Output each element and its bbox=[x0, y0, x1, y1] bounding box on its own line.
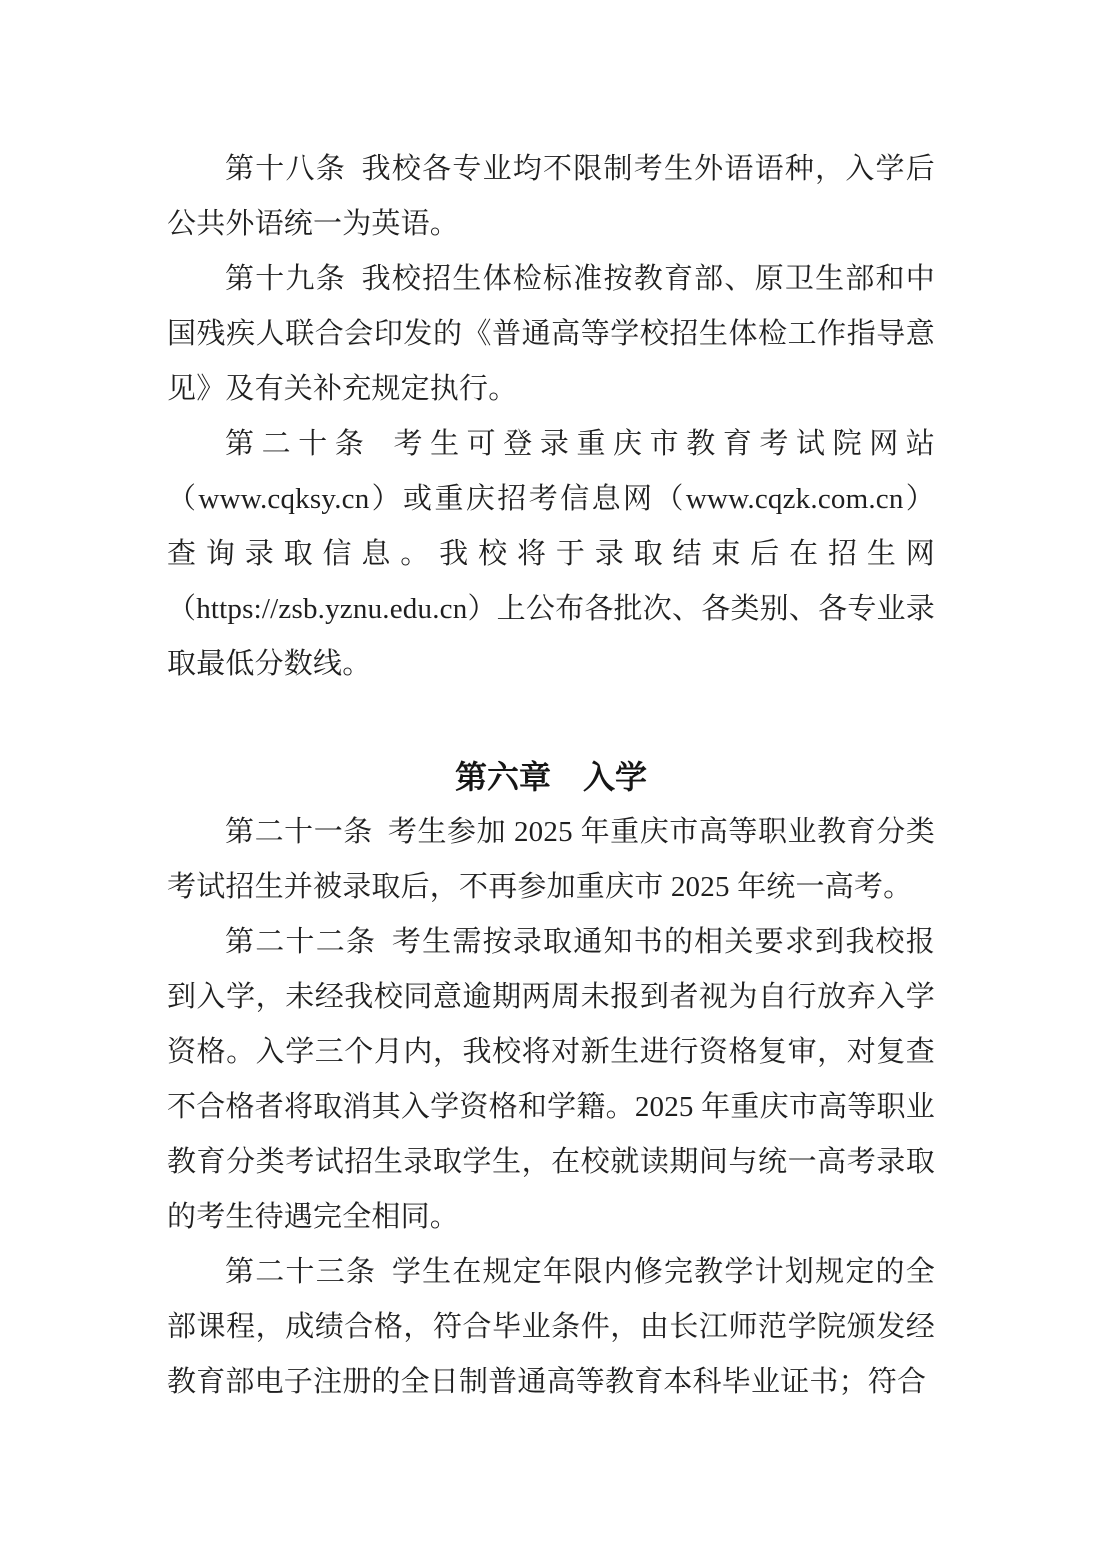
article-18-paragraph: 第十八条 我校各专业均不限制考生外语语种，入学后公共外语统一为英语。 bbox=[167, 142, 935, 252]
chapter-6-heading: 第六章 入学 bbox=[167, 750, 935, 805]
article-19-paragraph: 第十九条 我校招生体检标准按教育部、原卫生部和中国残疾人联合会印发的《普通高等学… bbox=[167, 252, 935, 417]
article-23-paragraph: 第二十三条 学生在规定年限内修完教学计划规定的全部课程，成绩合格，符合毕业条件，… bbox=[167, 1245, 935, 1410]
article-20-paragraph: 第二十条 考生可登录重庆市教育考试院网站（www.cqksy.cn）或重庆招考信… bbox=[167, 417, 935, 692]
document-page: 第十八条 我校各专业均不限制考生外语语种，入学后公共外语统一为英语。 第十九条 … bbox=[0, 0, 1102, 1559]
article-21-paragraph: 第二十一条 考生参加 2025 年重庆市高等职业教育分类考试招生并被录取后，不再… bbox=[167, 805, 935, 915]
article-22-paragraph: 第二十二条 考生需按录取通知书的相关要求到我校报到入学，未经我校同意逾期两周未报… bbox=[167, 915, 935, 1245]
